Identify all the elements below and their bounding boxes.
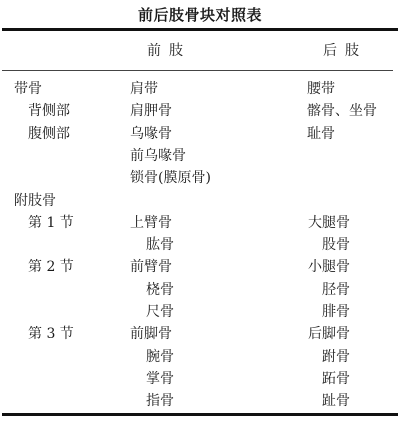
table-row: 肱骨股骨	[0, 234, 400, 256]
front-limb-cell: 尺骨	[146, 301, 174, 323]
hind-limb-cell: 耻骨	[307, 123, 335, 145]
row-category-label: 腹侧部	[28, 123, 70, 145]
hind-limb-cell: 后脚骨	[308, 323, 350, 345]
top-rule	[2, 28, 398, 31]
hind-limb-cell: 跖骨	[322, 368, 350, 390]
table-row: 尺骨腓骨	[0, 301, 400, 323]
front-limb-cell: 肩胛骨	[130, 100, 172, 122]
header-rule	[2, 70, 393, 71]
front-limb-cell: 前乌喙骨	[130, 145, 186, 167]
hind-limb-cell: 小腿骨	[308, 256, 350, 278]
front-limb-cell: 上臂骨	[130, 212, 172, 234]
table-row: 掌骨跖骨	[0, 368, 400, 390]
hind-limb-cell: 胫骨	[322, 279, 350, 301]
table-row: 第 1 节上臂骨大腿骨	[0, 212, 400, 234]
hind-limb-cell: 大腿骨	[308, 212, 350, 234]
header-front-limb: 前肢	[147, 40, 191, 60]
front-limb-cell: 桡骨	[146, 279, 174, 301]
front-limb-cell: 乌喙骨	[130, 123, 172, 145]
table-row: 第 3 节前脚骨后脚骨	[0, 323, 400, 345]
row-category-label: 带骨	[14, 78, 42, 100]
hind-limb-cell: 腓骨	[322, 301, 350, 323]
table-row: 指骨趾骨	[0, 390, 400, 412]
front-limb-cell: 锁骨(膜原骨)	[130, 167, 211, 189]
hind-limb-cell: 趾骨	[322, 390, 350, 412]
hind-limb-cell: 跗骨	[322, 346, 350, 368]
table-header: 前肢 后肢	[0, 40, 400, 62]
table-row: 附肢骨	[0, 190, 400, 212]
row-category-label: 附肢骨	[14, 190, 56, 212]
hind-limb-cell: 髂骨、坐骨	[307, 100, 377, 122]
row-category-label: 背侧部	[28, 100, 70, 122]
front-limb-cell: 掌骨	[146, 368, 174, 390]
table-row: 腹侧部乌喙骨耻骨	[0, 123, 400, 145]
table-row: 锁骨(膜原骨)	[0, 167, 400, 189]
table-row: 带骨肩带腰带	[0, 78, 400, 100]
front-limb-cell: 前臂骨	[130, 256, 172, 278]
front-limb-cell: 指骨	[146, 390, 174, 412]
row-category-label: 第 2 节	[28, 256, 74, 278]
table-row: 前乌喙骨	[0, 145, 400, 167]
bottom-rule	[2, 413, 398, 416]
hind-limb-cell: 股骨	[322, 234, 350, 256]
front-limb-cell: 肩带	[130, 78, 158, 100]
front-limb-cell: 肱骨	[146, 234, 174, 256]
table-title: 前后肢骨块对照表	[0, 4, 400, 25]
row-category-label: 第 1 节	[28, 212, 74, 234]
front-limb-cell: 腕骨	[146, 346, 174, 368]
header-hind-limb: 后肢	[323, 40, 367, 60]
table-row: 背侧部肩胛骨髂骨、坐骨	[0, 100, 400, 122]
table-row: 腕骨跗骨	[0, 346, 400, 368]
table-row: 桡骨胫骨	[0, 279, 400, 301]
table-row: 第 2 节前臂骨小腿骨	[0, 256, 400, 278]
front-limb-cell: 前脚骨	[130, 323, 172, 345]
hind-limb-cell: 腰带	[307, 78, 335, 100]
row-category-label: 第 3 节	[28, 323, 74, 345]
